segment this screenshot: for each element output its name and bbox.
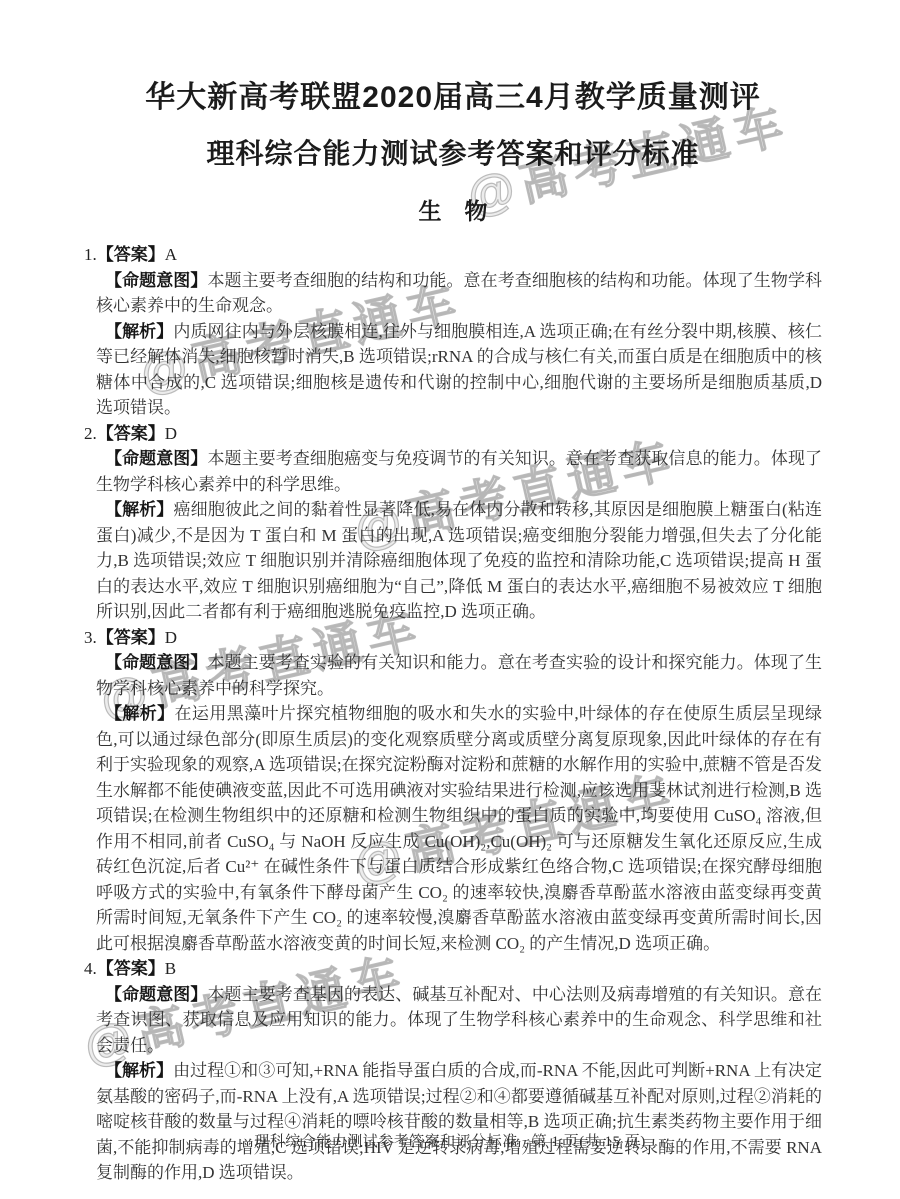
page-footer: 理科综合能力测试参考答案和评分标准第 1 页(共 15 页): [0, 1132, 900, 1152]
answer-key-subtitle: 理科综合能力测试参考答案和评分标准: [84, 138, 822, 170]
answer-line: 2.【答案】D: [84, 421, 822, 447]
question-number: 3.: [84, 628, 97, 647]
answer-section-3: 3.【答案】D 【命题意图】本题主要考查实验的有关知识和能力。意在考查实验的设计…: [84, 625, 822, 957]
answer-tag: 【答案】: [97, 424, 165, 443]
answer-value: A: [165, 245, 177, 264]
footer-page-number: 第 1 页(共 15 页): [532, 1134, 646, 1150]
answer-value: D: [165, 424, 177, 443]
analysis-tag: 【解析】: [105, 704, 175, 723]
intent-tag: 【命题意图】: [105, 449, 207, 468]
analysis-text: 内质网往内与外层核膜相连,往外与细胞膜相连,A 选项正确;在有丝分裂中期,核膜、…: [96, 322, 822, 418]
answer-tag: 【答案】: [97, 959, 165, 978]
footer-doc-title: 理科综合能力测试参考答案和评分标准: [254, 1134, 518, 1150]
answer-tag: 【答案】: [97, 628, 165, 647]
intent-paragraph: 【命题意图】本题主要考查细胞癌变与免疫调节的有关知识。意在考查获取信息的能力。体…: [96, 446, 822, 497]
analysis-text: 癌细胞彼此之间的黏着性显著降低,易在体内分散和转移,其原因是细胞膜上糖蛋白(粘连…: [96, 500, 822, 621]
answer-line: 1.【答案】A: [84, 242, 822, 268]
answer-tag: 【答案】: [97, 245, 165, 264]
intent-tag: 【命题意图】: [105, 271, 207, 290]
analysis-tag: 【解析】: [105, 500, 174, 519]
intent-paragraph: 【命题意图】本题主要考查实验的有关知识和能力。意在考查实验的设计和探究能力。体现…: [96, 650, 822, 701]
document-content: 华大新高考联盟2020届高三4月教学质量测评 理科综合能力测试参考答案和评分标准…: [84, 80, 822, 1186]
analysis-paragraph: 【解析】由过程①和③可知,+RNA 能指导蛋白质的合成,而-RNA 不能,因此可…: [96, 1058, 822, 1186]
question-number: 1.: [84, 245, 97, 264]
intent-tag: 【命题意图】: [105, 653, 207, 672]
analysis-paragraph: 【解析】癌细胞彼此之间的黏着性显著降低,易在体内分散和转移,其原因是细胞膜上糖蛋…: [96, 497, 822, 625]
analysis-paragraph: 【解析】内质网往内与外层核膜相连,往外与细胞膜相连,A 选项正确;在有丝分裂中期…: [96, 319, 822, 421]
analysis-text: 由过程①和③可知,+RNA 能指导蛋白质的合成,而-RNA 不能,因此可判断+R…: [96, 1061, 822, 1182]
analysis-tag: 【解析】: [105, 1061, 173, 1080]
question-number: 4.: [84, 959, 97, 978]
answer-line: 4.【答案】B: [84, 956, 822, 982]
answer-value: D: [165, 628, 177, 647]
question-number: 2.: [84, 424, 97, 443]
intent-paragraph: 【命题意图】本题主要考查细胞的结构和功能。意在考查细胞核的结构和功能。体现了生物…: [96, 268, 822, 319]
subject-heading: 生 物: [84, 198, 822, 224]
exam-title: 华大新高考联盟2020届高三4月教学质量测评: [84, 80, 822, 116]
intent-tag: 【命题意图】: [105, 985, 207, 1004]
answer-section-1: 1.【答案】A 【命题意图】本题主要考查细胞的结构和功能。意在考查细胞核的结构和…: [84, 242, 822, 421]
answer-section-2: 2.【答案】D 【命题意图】本题主要考查细胞癌变与免疫调节的有关知识。意在考查获…: [84, 421, 822, 625]
scanned-answer-page: @高考直通车 @高考直通车 @高考直通车 @高考直通车 @高考直通车 @高考直通…: [0, 0, 900, 1199]
answer-line: 3.【答案】D: [84, 625, 822, 651]
analysis-text: 在运用黑藻叶片探究植物细胞的吸水和失水的实验中,叶绿体的存在使原生质层呈现绿色,…: [96, 704, 822, 953]
answer-value: B: [165, 959, 176, 978]
analysis-paragraph: 【解析】在运用黑藻叶片探究植物细胞的吸水和失水的实验中,叶绿体的存在使原生质层呈…: [96, 701, 822, 956]
analysis-tag: 【解析】: [105, 322, 173, 341]
intent-paragraph: 【命题意图】本题主要考查基因的表达、碱基互补配对、中心法则及病毒增殖的有关知识。…: [96, 982, 822, 1059]
